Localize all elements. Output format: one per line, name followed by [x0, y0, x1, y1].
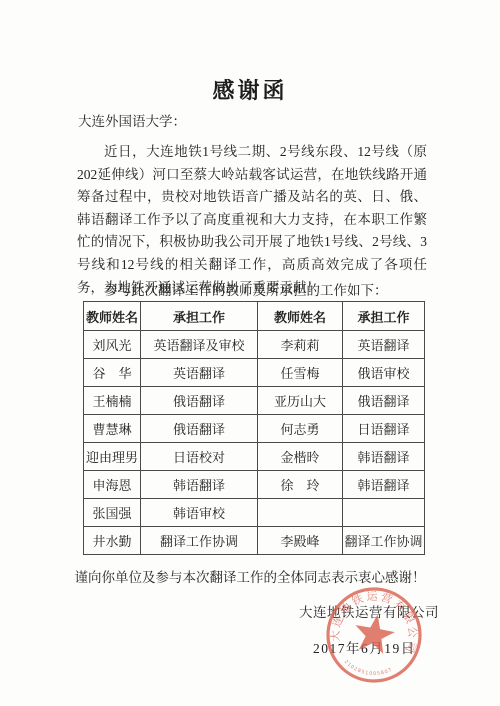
closing-line: 谨向你单位及参与本次翻译工作的全体同志表示衷心感谢！: [0, 566, 500, 586]
table-row: 井水勤翻译工作协调李殿峰翻译工作协调: [84, 527, 425, 555]
teachers-table: 教师姓名 承担工作 教师姓名 承担工作 刘风光英语翻译及审校李莉莉英语翻译谷 华…: [83, 301, 425, 555]
table-cell: 英语翻译: [343, 331, 425, 359]
table-cell: 申海恩: [84, 471, 141, 499]
table-cell: [258, 499, 343, 527]
column-header: 承担工作: [141, 302, 258, 331]
table-cell: 迎由理男: [84, 443, 141, 471]
table-cell: [343, 499, 425, 527]
table-row: 申海恩韩语翻译徐 玲韩语翻译: [84, 471, 425, 499]
page-title: 感谢函: [0, 74, 500, 105]
table-row: 曹慧琳俄语翻译何志勇日语翻译: [84, 415, 425, 443]
table-cell: 俄语审校: [343, 359, 425, 387]
table-row: 王楠楠俄语翻译亚历山大俄语翻译: [84, 387, 425, 415]
table-row: 张国强韩语审校: [84, 499, 425, 527]
table-cell: 刘风光: [84, 331, 141, 359]
table-cell: 金楷昤: [258, 443, 343, 471]
letter-date: 2017年6月19日: [313, 637, 416, 657]
table-row: 刘风光英语翻译及审校李莉莉英语翻译: [84, 331, 425, 359]
table-cell: 俄语翻译: [343, 387, 425, 415]
company-signature: 大连地铁运营有限公司: [299, 601, 439, 621]
table-cell: 俄语翻译: [141, 387, 258, 415]
column-header: 教师姓名: [258, 302, 343, 331]
seal-serial-text: 2102851005807: [341, 658, 394, 680]
table-cell: 韩语审校: [141, 499, 258, 527]
table-cell: 翻译工作协调: [343, 527, 425, 555]
table-cell: 翻译工作协调: [141, 527, 258, 555]
table-cell: 王楠楠: [84, 387, 141, 415]
table-cell: 日语校对: [141, 443, 258, 471]
table-cell: 韩语翻译: [343, 443, 425, 471]
column-header: 教师姓名: [84, 302, 141, 331]
table-cell: 谷 华: [84, 359, 141, 387]
table-cell: 井水勤: [84, 527, 141, 555]
company-seal: 大连地铁运营有限公司 2102851005807: [318, 579, 430, 691]
seal-ring: [321, 582, 428, 689]
table-cell: 张国强: [84, 499, 141, 527]
letter-page: 感谢函 大连外国语大学： 近日，大连地铁1号线二期、2号线东段、12号线（原20…: [0, 0, 500, 706]
table-header-row: 教师姓名 承担工作 教师姓名 承担工作: [84, 302, 425, 331]
table-cell: 李莉莉: [258, 331, 343, 359]
table-cell: 韩语翻译: [141, 471, 258, 499]
body-paragraph: 近日，大连地铁1号线二期、2号线东段、12号线（原202延伸线）河口至蔡大岭站载…: [77, 141, 427, 299]
table-cell: 李殿峰: [258, 527, 343, 555]
table-cell: 何志勇: [258, 415, 343, 443]
svg-text:2102851005807: 2102851005807: [341, 658, 394, 680]
teachers-table-body: 刘风光英语翻译及审校李莉莉英语翻译谷 华英语翻译任雪梅俄语审校王楠楠俄语翻译亚历…: [84, 331, 425, 555]
column-header: 承担工作: [343, 302, 425, 331]
table-cell: 徐 玲: [258, 471, 343, 499]
table-cell: 英语翻译: [141, 359, 258, 387]
table-cell: 韩语翻译: [343, 471, 425, 499]
table-row: 谷 华英语翻译任雪梅俄语审校: [84, 359, 425, 387]
table-cell: 亚历山大: [258, 387, 343, 415]
table-cell: 英语翻译及审校: [141, 331, 258, 359]
table-intro-line: 参与此次翻译工作的教师及所承担的工作如下：: [77, 280, 427, 303]
table-row: 迎由理男日语校对金楷昤韩语翻译: [84, 443, 425, 471]
table-cell: 俄语翻译: [141, 415, 258, 443]
table-cell: 曹慧琳: [84, 415, 141, 443]
salutation: 大连外国语大学：: [78, 110, 186, 130]
table-cell: 任雪梅: [258, 359, 343, 387]
table-cell: 日语翻译: [343, 415, 425, 443]
